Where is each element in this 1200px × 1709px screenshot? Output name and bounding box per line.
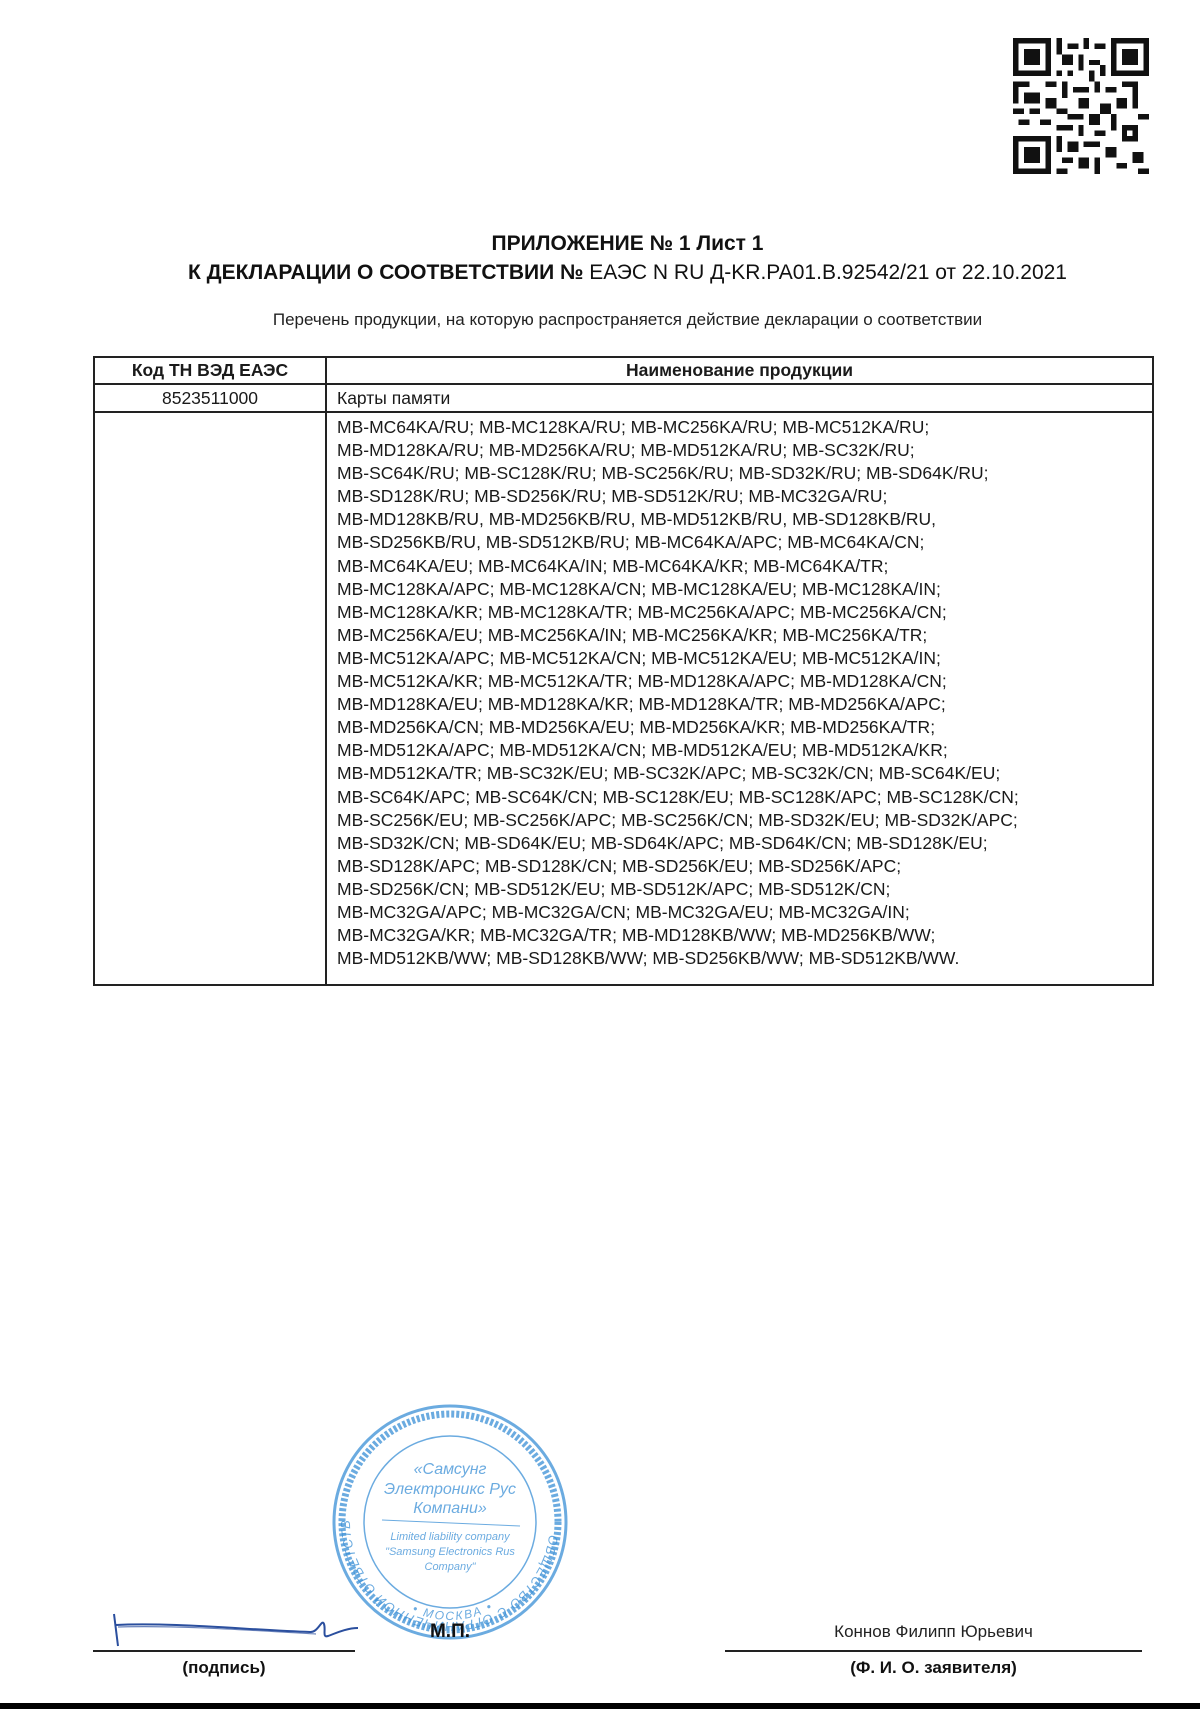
product-model-line: MB-MC256KA/EU; MB-MC256KA/IN; MB-MC256KA… xyxy=(337,624,1142,647)
product-model-line: MB-SD128K/APC; MB-SD128K/CN; MB-SD256K/E… xyxy=(337,855,1142,878)
svg-text:Компани»: Компани» xyxy=(413,1500,487,1517)
svg-text:Limited liability company: Limited liability company xyxy=(390,1531,511,1543)
signature-line xyxy=(93,1650,355,1652)
declaration-label: К ДЕКЛАРАЦИИ О СООТВЕТСТВИИ № xyxy=(188,261,583,284)
tn-ved-code: 8523511000 xyxy=(94,384,326,412)
svg-text:Электроникс Рус: Электроникс Рус xyxy=(384,1481,516,1498)
product-model-line: MB-MD512KA/APC; MB-MD512KA/CN; MB-MD512K… xyxy=(337,739,1142,762)
product-model-line: MB-SC256K/EU; MB-SC256K/APC; MB-SC256K/C… xyxy=(337,809,1142,832)
product-model-line: MB-SC64K/APC; MB-SC64K/CN; MB-SC128K/EU;… xyxy=(337,786,1142,809)
page-bottom-border xyxy=(0,1703,1200,1709)
document-heading: ПРИЛОЖЕНИЕ № 1 Лист 1 К ДЕКЛАРАЦИИ О СОО… xyxy=(0,229,1200,287)
product-model-line: MB-MD512KA/TR; MB-SC32K/EU; MB-SC32K/APC… xyxy=(337,762,1142,785)
declaration-number: ЕАЭС N RU Д-KR.PA01.B.92542/21 от 22.10.… xyxy=(583,261,1067,284)
product-model-line: MB-MC32GA/APC; MB-MC32GA/CN; MB-MC32GA/E… xyxy=(337,901,1142,924)
applicant-name-line xyxy=(725,1650,1142,1652)
product-model-line: MB-MD128KB/RU, MB-MD256KB/RU, MB-MD512KB… xyxy=(337,508,1142,531)
product-model-line: MB-MD128KA/RU; MB-MD256KA/RU; MB-MD512KA… xyxy=(337,439,1142,462)
table-row: MB-MC64KA/RU; MB-MC128KA/RU; MB-MC256KA/… xyxy=(94,412,1153,985)
product-model-line: MB-SD32K/CN; MB-SD64K/EU; MB-SD64K/APC; … xyxy=(337,832,1142,855)
handwritten-signature-icon xyxy=(110,1612,360,1648)
product-model-line: MB-MC128KA/KR; MB-MC128KA/TR; MB-MC256KA… xyxy=(337,601,1142,624)
product-model-list: MB-MC64KA/RU; MB-MC128KA/RU; MB-MC256KA/… xyxy=(326,412,1153,985)
product-category: Карты памяти xyxy=(326,384,1153,412)
products-table: Код ТН ВЭД ЕАЭС Наименование продукции 8… xyxy=(93,356,1154,986)
product-model-line: MB-SC64K/RU; MB-SC128K/RU; MB-SC256K/RU;… xyxy=(337,462,1142,485)
header-product-name: Наименование продукции xyxy=(326,357,1153,384)
applicant-label: (Ф. И. О. заявителя) xyxy=(725,1658,1142,1678)
product-model-line: MB-MC512KA/APC; MB-MC512KA/CN; MB-MC512K… xyxy=(337,647,1142,670)
empty-code-cell xyxy=(94,412,326,985)
svg-text:Company": Company" xyxy=(425,1561,477,1573)
declaration-reference: К ДЕКЛАРАЦИИ О СООТВЕТСТВИИ № ЕАЭС N RU … xyxy=(0,258,1200,287)
product-model-line: MB-MD128KA/EU; MB-MD128KA/KR; MB-MD128KA… xyxy=(337,693,1142,716)
product-model-line: MB-SD256KB/RU, MB-SD512KB/RU; MB-MC64KA/… xyxy=(337,531,1142,554)
qr-code-icon xyxy=(1013,38,1149,174)
document-subtitle: Перечень продукции, на которую распростр… xyxy=(0,310,1200,330)
header-code: Код ТН ВЭД ЕАЭС xyxy=(94,357,326,384)
product-model-line: MB-MC64KA/EU; MB-MC64KA/IN; MB-MC64KA/KR… xyxy=(337,555,1142,578)
product-model-line: MB-MC64KA/RU; MB-MC128KA/RU; MB-MC256KA/… xyxy=(337,416,1142,439)
svg-text:«Самсунг: «Самсунг xyxy=(414,1461,487,1478)
stamp-mark: М.П. xyxy=(400,1621,500,1643)
svg-text:"Samsung Electronics Rus: "Samsung Electronics Rus xyxy=(385,1546,515,1558)
product-model-line: MB-SD256K/CN; MB-SD512K/EU; MB-SD512K/AP… xyxy=(337,878,1142,901)
applicant-name: Коннов Филипп Юрьевич xyxy=(725,1622,1142,1642)
product-model-line: MB-MD256KA/CN; MB-MD256KA/EU; MB-MD256KA… xyxy=(337,716,1142,739)
product-model-line: MB-SD128K/RU; MB-SD256K/RU; MB-SD512K/RU… xyxy=(337,485,1142,508)
product-model-line: MB-MC32GA/KR; MB-MC32GA/TR; MB-MD128KB/W… xyxy=(337,924,1142,947)
company-seal-icon: ОБЩЕСТВО С ОГРАНИЧЕННОЙ ОТВЕТСТВЕННОСТЬЮ… xyxy=(330,1402,570,1642)
table-header-row: Код ТН ВЭД ЕАЭС Наименование продукции xyxy=(94,357,1153,384)
appendix-title: ПРИЛОЖЕНИЕ № 1 Лист 1 xyxy=(0,229,1200,258)
table-row: 8523511000 Карты памяти xyxy=(94,384,1153,412)
product-model-line: MB-MC128KA/APC; MB-MC128KA/CN; MB-MC128K… xyxy=(337,578,1142,601)
product-model-line: MB-MD512KB/WW; MB-SD128KB/WW; MB-SD256KB… xyxy=(337,947,1142,970)
product-model-line: MB-MC512KA/KR; MB-MC512KA/TR; MB-MD128KA… xyxy=(337,670,1142,693)
signature-label: (подпись) xyxy=(93,1658,355,1678)
